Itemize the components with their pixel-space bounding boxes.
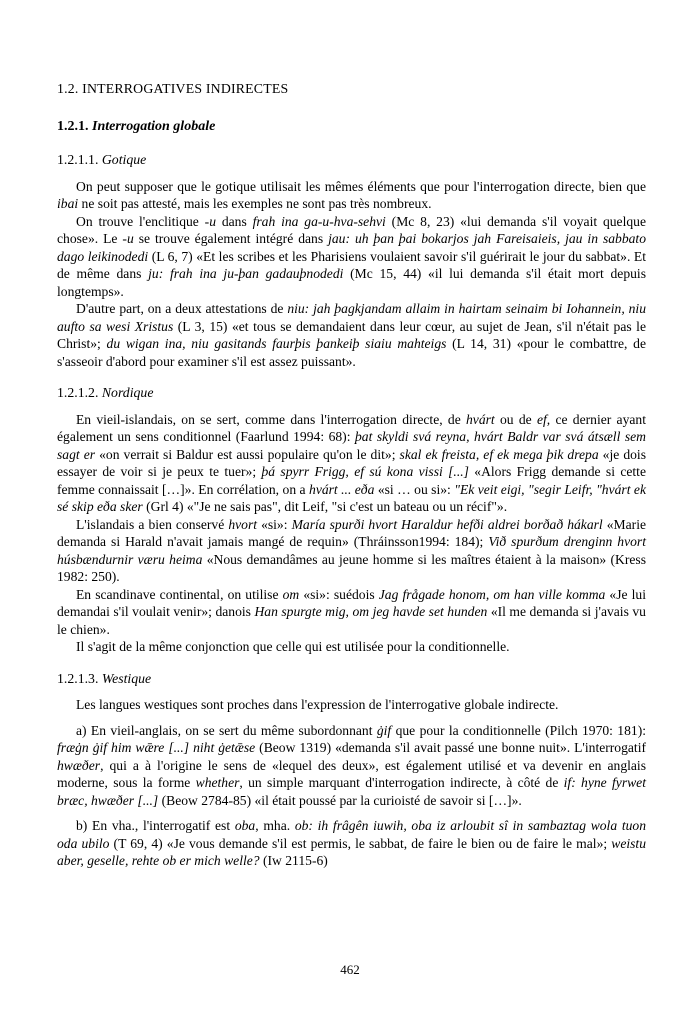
text-segment: frah ina ga-u-hva-sehvi xyxy=(253,214,386,229)
para-nordique-2: L'islandais a bien conservé hvort «si»: … xyxy=(57,516,646,586)
text-segment: 1.2.1.3. xyxy=(57,671,102,686)
text-segment: hvort xyxy=(228,517,257,532)
text-segment: Nordique xyxy=(102,385,154,400)
para-nordique-3: En scandinave continental, on utilise om… xyxy=(57,586,646,639)
text-segment: fræġn ġif him wǣre [...] niht ġetǣse xyxy=(57,740,255,755)
text-segment: dans xyxy=(216,214,253,229)
text-segment: L'islandais a bien conservé xyxy=(76,517,228,532)
para-nordique-1: En vieil-islandais, on se sert, comme da… xyxy=(57,411,646,516)
text-segment: En scandinave continental, on utilise xyxy=(76,587,283,602)
text-segment: (Iw 2115-6) xyxy=(260,853,328,868)
text-segment: a) En vieil-anglais, on se sert du même … xyxy=(76,723,377,738)
heading-1-2-1: 1.2.1. Interrogation globale xyxy=(57,118,646,136)
text-segment: b) En vha., l'interrogatif est xyxy=(76,818,235,833)
text-segment: ju: frah ina ju-þan gadauþnodedi xyxy=(148,266,343,281)
text-segment: María spurði hvort Haraldur hefði aldrei… xyxy=(292,517,603,532)
text-segment: Gotique xyxy=(102,152,146,167)
text-segment: skal ek freista, ef ek mega þik drepa xyxy=(400,447,599,462)
text-segment: Jag frågade honom, om han ville komma xyxy=(379,587,606,602)
text-segment: ne soit pas attesté, mais les exemples n… xyxy=(78,196,431,211)
para-gotique-3: D'autre part, on a deux attestations de … xyxy=(57,300,646,370)
text-segment: se trouve également intégré dans xyxy=(134,231,328,246)
text-segment: ibai xyxy=(57,196,78,211)
text-segment: Interrogation globale xyxy=(92,119,215,134)
text-segment: Han spurgte mig, om jeg havde set hunden xyxy=(254,604,487,619)
text-segment: «si … ou si»: xyxy=(374,482,454,497)
text-segment: hvárt xyxy=(466,412,495,427)
text-segment: 1.2.1.2. xyxy=(57,385,102,400)
text-segment: -u xyxy=(205,214,216,229)
text-segment: On peut supposer que le gotique utilisai… xyxy=(76,179,646,194)
text-segment: «si»: suédois xyxy=(299,587,379,602)
text-segment: 1.2.1. xyxy=(57,119,92,134)
text-segment: om xyxy=(283,587,300,602)
text-segment: (T 69, 4) «Je vous demande s'il est perm… xyxy=(109,836,611,851)
text-segment: 1.2. INTERROGATIVES INDIRECTES xyxy=(57,81,288,96)
text-segment: , un simple marquant d'interrogation ind… xyxy=(239,775,563,790)
para-westique-intro: Les langues westiques sont proches dans … xyxy=(57,696,646,714)
text-segment: que pour la conditionnelle (Pilch 1970: … xyxy=(391,723,646,738)
text-segment: Les langues westiques sont proches dans … xyxy=(76,697,558,712)
text-segment: En vieil-islandais, on se sert, comme da… xyxy=(76,412,466,427)
text-segment: þá spyrr Frigg, ef sú kona vissi [...] xyxy=(261,464,468,479)
text-segment: D'autre part, on a deux attestations de xyxy=(76,301,287,316)
text-segment: Il s'agit de la même conjonction que cel… xyxy=(76,639,510,654)
heading-1-2-1-3: 1.2.1.3. Westique xyxy=(57,670,646,688)
text-segment: ġif xyxy=(377,723,391,738)
text-segment: On trouve l'enclitique xyxy=(76,214,205,229)
text-segment: (Beow 1319) «demanda s'il avait passé un… xyxy=(255,740,646,755)
page-content: 1.2. INTERROGATIVES INDIRECTES1.2.1. Int… xyxy=(57,80,646,870)
text-segment: ou de xyxy=(495,412,537,427)
page-number: 462 xyxy=(0,962,700,978)
text-segment: -u xyxy=(122,231,133,246)
heading-1-2-1-1: 1.2.1.1. Gotique xyxy=(57,151,646,169)
text-segment: (Grl 4) «"Je ne sais pas", dit Leif, "si… xyxy=(143,499,507,514)
text-segment: du wigan ina, niu gasitands faurþis þank… xyxy=(107,336,447,351)
text-segment: ef, xyxy=(537,412,550,427)
heading-1-2-1-2: 1.2.1.2. Nordique xyxy=(57,384,646,402)
para-westique-a: a) En vieil-anglais, on se sert du même … xyxy=(57,722,646,810)
para-nordique-4: Il s'agit de la même conjonction que cel… xyxy=(57,638,646,656)
text-segment: «on verrait si Baldur est aussi populair… xyxy=(95,447,399,462)
document-page: 1.2. INTERROGATIVES INDIRECTES1.2.1. Int… xyxy=(0,0,700,1028)
text-segment: Westique xyxy=(102,671,151,686)
text-segment: whether xyxy=(196,775,240,790)
text-segment: (Beow 2784-85) «il était poussé par la c… xyxy=(158,793,522,808)
text-segment: «si»: xyxy=(257,517,292,532)
para-gotique-1: On peut supposer que le gotique utilisai… xyxy=(57,178,646,213)
para-gotique-2: On trouve l'enclitique -u dans frah ina … xyxy=(57,213,646,301)
text-segment: , mha. xyxy=(255,818,295,833)
text-segment: 1.2.1.1. xyxy=(57,152,102,167)
text-segment: hwæðer xyxy=(57,758,100,773)
para-westique-b: b) En vha., l'interrogatif est oba, mha.… xyxy=(57,817,646,870)
text-segment: hvárt ... eða xyxy=(309,482,374,497)
text-segment: oba xyxy=(235,818,255,833)
heading-1-2: 1.2. INTERROGATIVES INDIRECTES xyxy=(57,80,646,98)
